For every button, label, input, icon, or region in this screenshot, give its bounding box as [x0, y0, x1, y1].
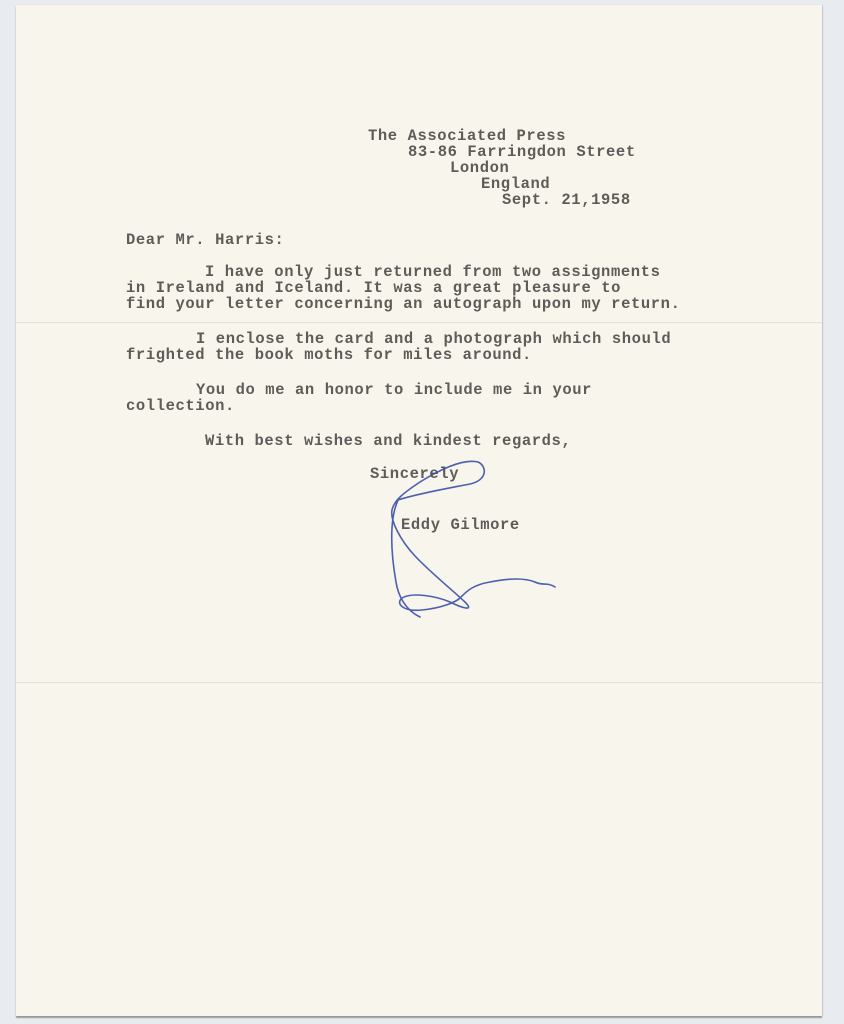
paragraph-line: collection.: [126, 398, 235, 414]
header-city: London: [450, 160, 509, 176]
salutation: Dear Mr. Harris:: [126, 232, 284, 248]
paragraph-line: frighted the book moths for miles around…: [126, 347, 532, 363]
paragraph-line: I enclose the card and a photograph whic…: [196, 331, 671, 347]
paragraph-line: You do me an honor to include me in your: [196, 382, 592, 398]
paragraph-line: I have only just returned from two assig…: [205, 264, 660, 280]
fold-line-lower: [16, 682, 822, 684]
valediction: Sincerely: [370, 466, 459, 482]
closing-wish: With best wishes and kindest regards,: [205, 433, 571, 449]
paragraph-line: find your letter concerning an autograph…: [126, 296, 680, 312]
header-organization: The Associated Press: [368, 128, 566, 144]
header-country: England: [481, 176, 550, 192]
typed-name: Eddy Gilmore: [401, 517, 520, 533]
fold-line-upper: [16, 322, 822, 324]
header-street: 83-86 Farringdon Street: [408, 144, 636, 160]
header-date: Sept. 21,1958: [502, 192, 631, 208]
paragraph-line: in Ireland and Iceland. It was a great p…: [126, 280, 621, 296]
